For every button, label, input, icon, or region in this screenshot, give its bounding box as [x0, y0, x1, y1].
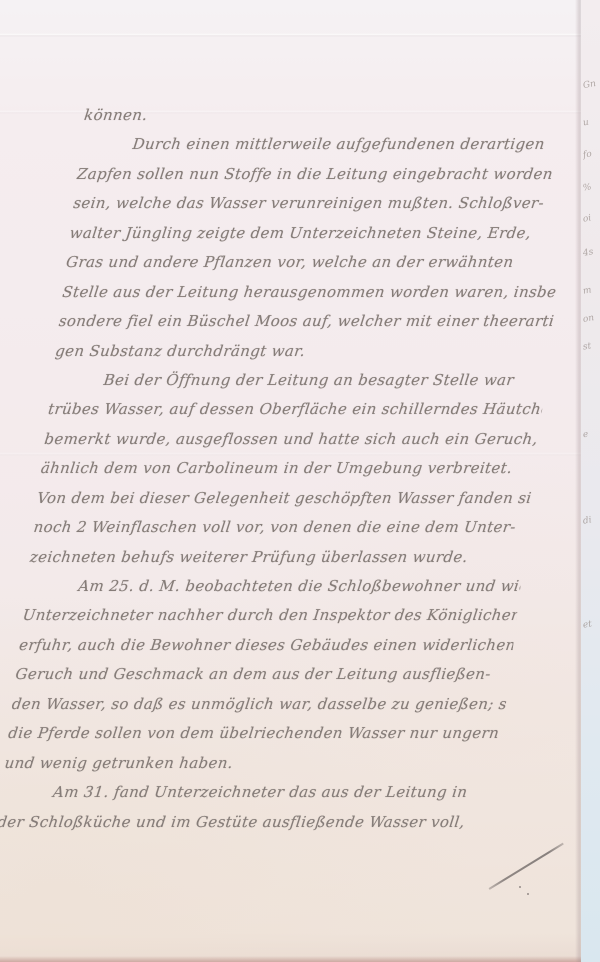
edge-writing-fragment: % [582, 182, 592, 193]
text-line: sondere fiel ein Büschel Moos auf, welch… [57, 307, 555, 336]
text-line: Geruch und Geschmack an dem aus der Leit… [14, 660, 512, 689]
text-line: bemerkt wurde, ausgeflossen und hatte si… [43, 425, 541, 454]
edge-writing-fragment: st [582, 341, 592, 352]
manuscript-photo: können. Durch einen mittlerweile aufgefu… [0, 0, 600, 962]
text-line: Durch einen mittlerweile aufgefundenen d… [79, 130, 577, 159]
handwritten-text-block: können. Durch einen mittlerweile aufgefu… [0, 101, 580, 837]
text-line: erfuhr, auch die Bewohner dieses Gebäude… [17, 631, 515, 660]
text-line: Stelle aus der Leitung herausgenommen wo… [61, 278, 559, 307]
page-bottom-edge [0, 956, 581, 962]
underlying-page-edge: Gn u fo % oi 4s m on st e di et [581, 0, 600, 962]
text-line: ähnlich dem von Carbolineum in der Umgeb… [39, 454, 537, 483]
text-line: und wenig getrunken haben. [3, 749, 501, 778]
pencil-dot [519, 886, 521, 888]
text-line: zeichneten behufs weiterer Prüfung überl… [28, 543, 526, 572]
edge-writing-fragment: fo [582, 149, 592, 160]
paper-crease [0, 33, 581, 37]
edge-writing-fragment: 4s [582, 247, 594, 259]
text-line: Von dem bei dieser Gelegenheit geschöpft… [35, 484, 533, 513]
text-line: gen Substanz durchdrängt war. [53, 337, 551, 366]
text-line: Am 25. d. M. beobachteten die Schloßbewo… [25, 572, 523, 601]
text-line: trübes Wasser, auf dessen Oberfläche ein… [46, 395, 544, 424]
text-line: noch 2 Weinflaschen voll vor, von denen … [32, 513, 530, 542]
edge-writing-fragment: di [582, 515, 592, 526]
text-line: der Schloßküche und im Gestüte ausfließe… [0, 808, 493, 837]
edge-writing-fragment: Gn [582, 79, 597, 91]
edge-writing-fragment: on [582, 313, 595, 325]
text-line: Gras und andere Pflanzen vor, welche an … [64, 248, 562, 277]
edge-writing-fragment: u [582, 118, 589, 129]
text-line: den Wasser, so daß es unmöglich war, das… [10, 690, 508, 719]
edge-writing-fragment: oi [582, 213, 592, 224]
pencil-dot [527, 893, 529, 895]
text-line: walter Jüngling zeigte dem Unterzeichnet… [68, 219, 566, 248]
edge-writing-fragment: m [582, 285, 592, 296]
text-line: sein, welche das Wasser verunreinigen mu… [72, 189, 570, 218]
text-line: können. [82, 101, 580, 130]
text-line: Bei der Öffnung der Leitung an besagter … [50, 366, 548, 395]
text-line: Am 31. fand Unterzeichneter das aus der … [0, 778, 497, 807]
text-line: die Pferde sollen von dem übelriechenden… [6, 719, 504, 748]
text-line: Zapfen sollen nun Stoffe in die Leitung … [75, 160, 573, 189]
pencil-mark [489, 843, 564, 890]
edge-writing-fragment: e [582, 430, 589, 441]
text-line: Unterzeichneter nachher durch den Inspek… [21, 601, 519, 630]
edge-writing-fragment: et [582, 619, 593, 630]
manuscript-page: können. Durch einen mittlerweile aufgefu… [0, 0, 581, 962]
